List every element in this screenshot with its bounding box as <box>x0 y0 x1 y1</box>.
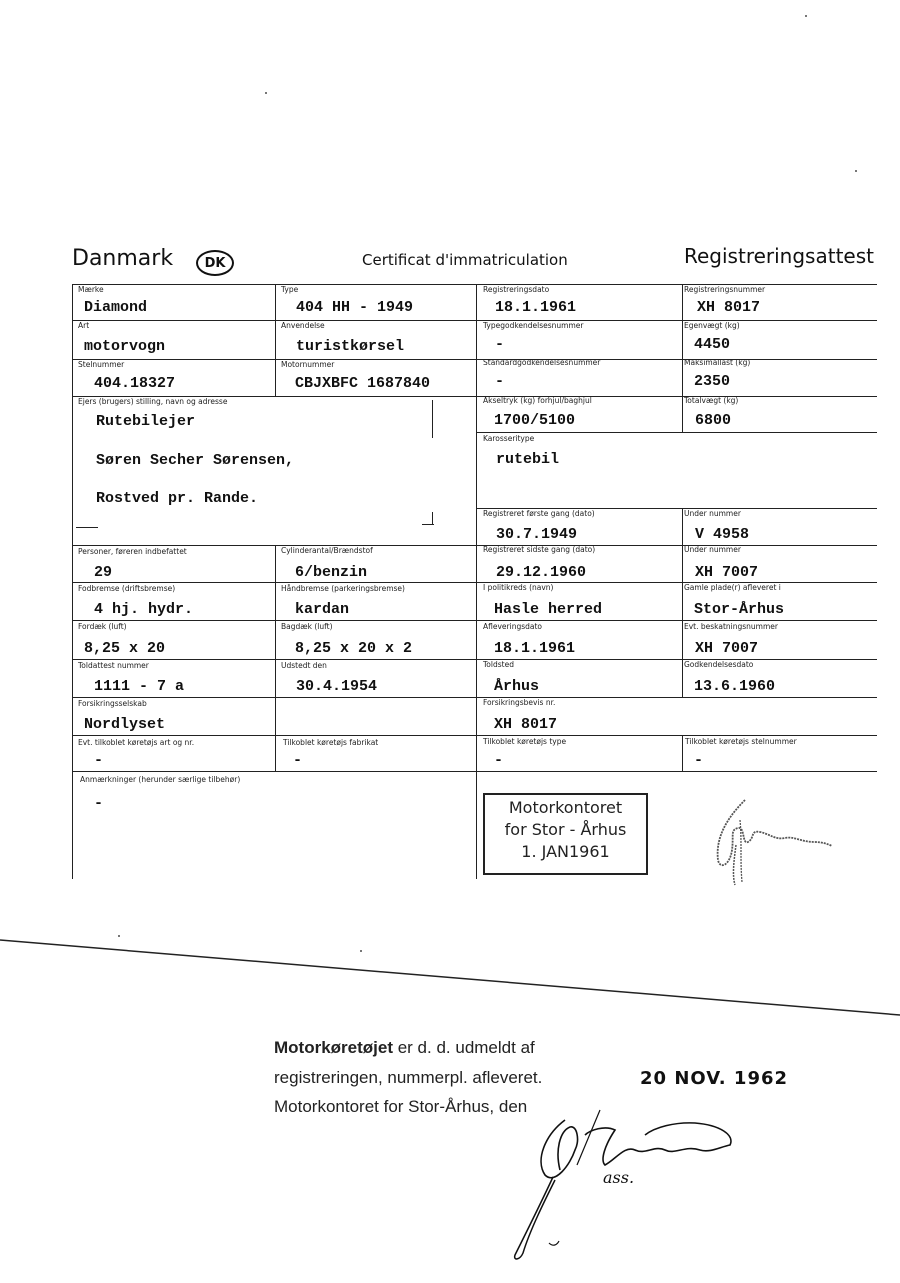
office-stamp: Motorkontoret for Stor - Århus 1. JAN196… <box>483 793 648 875</box>
value-toldattest: 1111 - 7 a <box>94 678 184 695</box>
value-bagdaek: 8,25 x 20 x 2 <box>295 640 412 657</box>
value-akseltryk: 1700/5100 <box>494 412 575 429</box>
stamp-line-2: for Stor - Århus <box>485 819 646 841</box>
value-fordaek: 8,25 x 20 <box>84 640 165 657</box>
official-signature <box>700 790 850 890</box>
label-forsikringsbevis: Forsikringsbevis nr. <box>483 698 555 707</box>
label-politikreds: I politikreds (navn) <box>483 583 553 592</box>
label-tilkoblet-fabrikat: Tilkoblet køretøjs fabrikat <box>283 738 378 747</box>
dereg-line-1-bold: Motorkøretøjet <box>274 1038 393 1057</box>
label-beskatningsnummer: Evt. beskatningsnummer <box>684 622 778 631</box>
label-godkendelsesdato: Godkendelsesdato <box>684 660 753 669</box>
label-anvendelse: Anvendelse <box>281 321 325 330</box>
title-french: Certificat d'immatriculation <box>362 251 568 269</box>
stamp-line-1: Motorkontoret <box>485 797 646 819</box>
value-godkendelsesdato: 13.6.1960 <box>694 678 775 695</box>
dereg-line-3: Motorkontoret for Stor-Århus, den <box>274 1097 527 1117</box>
label-registreret-sidste: Registreret sidste gang (dato) <box>483 545 595 554</box>
value-forsikringsbevis: XH 8017 <box>494 716 557 733</box>
value-motornummer: CBJXBFC 1687840 <box>295 375 430 392</box>
label-haandbremse: Håndbremse (parkeringsbremse) <box>281 584 405 593</box>
label-fodbremse: Fodbremse (driftsbremse) <box>78 584 175 593</box>
value-maksimallast: 2350 <box>694 373 730 390</box>
value-ejer-line-3: Rostved pr. Rande. <box>96 490 258 507</box>
value-anmaerkninger: - <box>94 795 103 812</box>
scan-speck <box>805 15 807 17</box>
country-code-badge: DK <box>196 250 234 276</box>
value-udstedt: 30.4.1954 <box>296 678 377 695</box>
label-personer: Personer, føreren indbefattet <box>78 547 187 556</box>
value-tilkoblet-type: - <box>494 752 503 769</box>
value-anvendelse: turistkørsel <box>296 338 404 355</box>
value-cylinder: 6/benzin <box>295 564 367 581</box>
label-type: Type <box>281 285 298 294</box>
label-toldsted: Toldsted <box>483 660 514 669</box>
label-tilkoblet-art: Evt. tilkoblet køretøjs art og nr. <box>78 738 194 747</box>
label-registreringsdato: Registreringsdato <box>483 285 549 294</box>
label-anmaerkninger: Anmærkninger (herunder særlige tilbehør) <box>80 775 240 784</box>
value-registreringsdato: 18.1.1961 <box>495 299 576 316</box>
value-fodbremse: 4 hj. hydr. <box>94 601 193 618</box>
dereg-line-1-rest: er d. d. udmeldt af <box>393 1038 535 1057</box>
value-under-nummer-2: XH 7007 <box>695 564 758 581</box>
stamp-line-3: 1. JAN1961 <box>485 841 646 863</box>
fold-line <box>0 930 900 1020</box>
label-tilkoblet-stelnummer: Tilkoblet køretøjs stelnummer <box>685 737 797 746</box>
value-ejer-line-1: Rutebilejer <box>96 413 195 430</box>
value-tilkoblet-fabrikat: - <box>293 752 302 769</box>
label-under-nummer-1: Under nummer <box>684 509 741 518</box>
label-registreret-foerste: Registreret første gang (dato) <box>483 509 595 518</box>
value-totalvaegt: 6800 <box>695 412 731 429</box>
value-registreret-foerste: 30.7.1949 <box>496 526 577 543</box>
country-name: Danmark <box>72 246 173 271</box>
label-cylinder: Cylinderantal/Brændstof <box>281 546 373 555</box>
value-ejer-line-2: Søren Secher Sørensen, <box>96 452 294 469</box>
value-karosseritype: rutebil <box>496 451 559 468</box>
value-forsikringsselskab: Nordlyset <box>84 716 165 733</box>
value-stelnummer: 404.18327 <box>94 375 175 392</box>
scan-speck <box>855 170 857 172</box>
value-tilkoblet-art: - <box>94 752 103 769</box>
value-personer: 29 <box>94 564 112 581</box>
label-maerke: Mærke <box>78 285 104 294</box>
value-egenvaegt: 4450 <box>694 336 730 353</box>
label-motornummer: Motornummer <box>281 360 334 369</box>
label-toldattest: Toldattest nummer <box>78 661 149 670</box>
scan-speck <box>265 92 267 94</box>
label-typegodkendelsesnummer: Typegodkendelsesnummer <box>483 321 584 330</box>
label-standardgodkendelsesnummer: Standardgodkendelsesnummer <box>483 358 600 367</box>
value-gamle-plader: Stor-Århus <box>694 601 784 618</box>
label-egenvaegt: Egenvægt (kg) <box>684 321 740 330</box>
signature-suffix: ass. <box>603 1168 634 1187</box>
label-gamle-plader: Gamle plade(r) afleveret i <box>684 583 781 592</box>
dereg-date-stamp: 20 NOV. 1962 <box>640 1068 788 1089</box>
label-totalvaegt: Totalvægt (kg) <box>684 396 738 405</box>
value-maerke: Diamond <box>84 299 147 316</box>
value-afleveringsdato: 18.1.1961 <box>494 640 575 657</box>
dereg-line-1: Motorkøretøjet er d. d. udmeldt af <box>274 1038 535 1058</box>
label-karosseritype: Karosseritype <box>483 434 534 443</box>
scan-speck <box>360 950 362 952</box>
label-registreringsnummer: Registreringsnummer <box>684 285 765 294</box>
label-fordaek: Fordæk (luft) <box>78 622 127 631</box>
value-under-nummer-1: V 4958 <box>695 526 749 543</box>
label-forsikringsselskab: Forsikringsselskab <box>78 699 147 708</box>
value-toldsted: Århus <box>494 678 539 695</box>
scan-speck <box>118 935 120 937</box>
label-art: Art <box>78 321 89 330</box>
value-haandbremse: kardan <box>295 601 349 618</box>
value-registreringsnummer: XH 8017 <box>697 299 760 316</box>
label-tilkoblet-type: Tilkoblet køretøjs type <box>483 737 566 746</box>
value-registreret-sidste: 29.12.1960 <box>496 564 586 581</box>
value-typegodkendelsesnummer: - <box>495 336 504 353</box>
deregistration-signature: ass. <box>505 1105 745 1265</box>
label-akseltryk: Akseltryk (kg) forhjul/baghjul <box>483 396 592 405</box>
value-beskatningsnummer: XH 7007 <box>695 640 758 657</box>
label-stelnummer: Stelnummer <box>78 360 124 369</box>
value-tilkoblet-stelnummer: - <box>694 752 703 769</box>
value-politikreds: Hasle herred <box>494 601 602 618</box>
label-ejer: Ejers (brugers) stilling, navn og adress… <box>78 397 227 406</box>
value-standardgodkendelsesnummer: - <box>495 373 504 390</box>
label-bagdaek: Bagdæk (luft) <box>281 622 333 631</box>
label-under-nummer-2: Under nummer <box>684 545 741 554</box>
label-udstedt: Udstedt den <box>281 661 327 670</box>
label-afleveringsdato: Afleveringsdato <box>483 622 542 631</box>
label-maksimallast: Maksimallast (kg) <box>684 358 750 367</box>
title-danish: Registreringsattest <box>684 244 874 268</box>
value-type: 404 HH - 1949 <box>296 299 413 316</box>
dereg-line-2: registreringen, nummerpl. afleveret. <box>274 1068 542 1088</box>
value-art: motorvogn <box>84 338 165 355</box>
